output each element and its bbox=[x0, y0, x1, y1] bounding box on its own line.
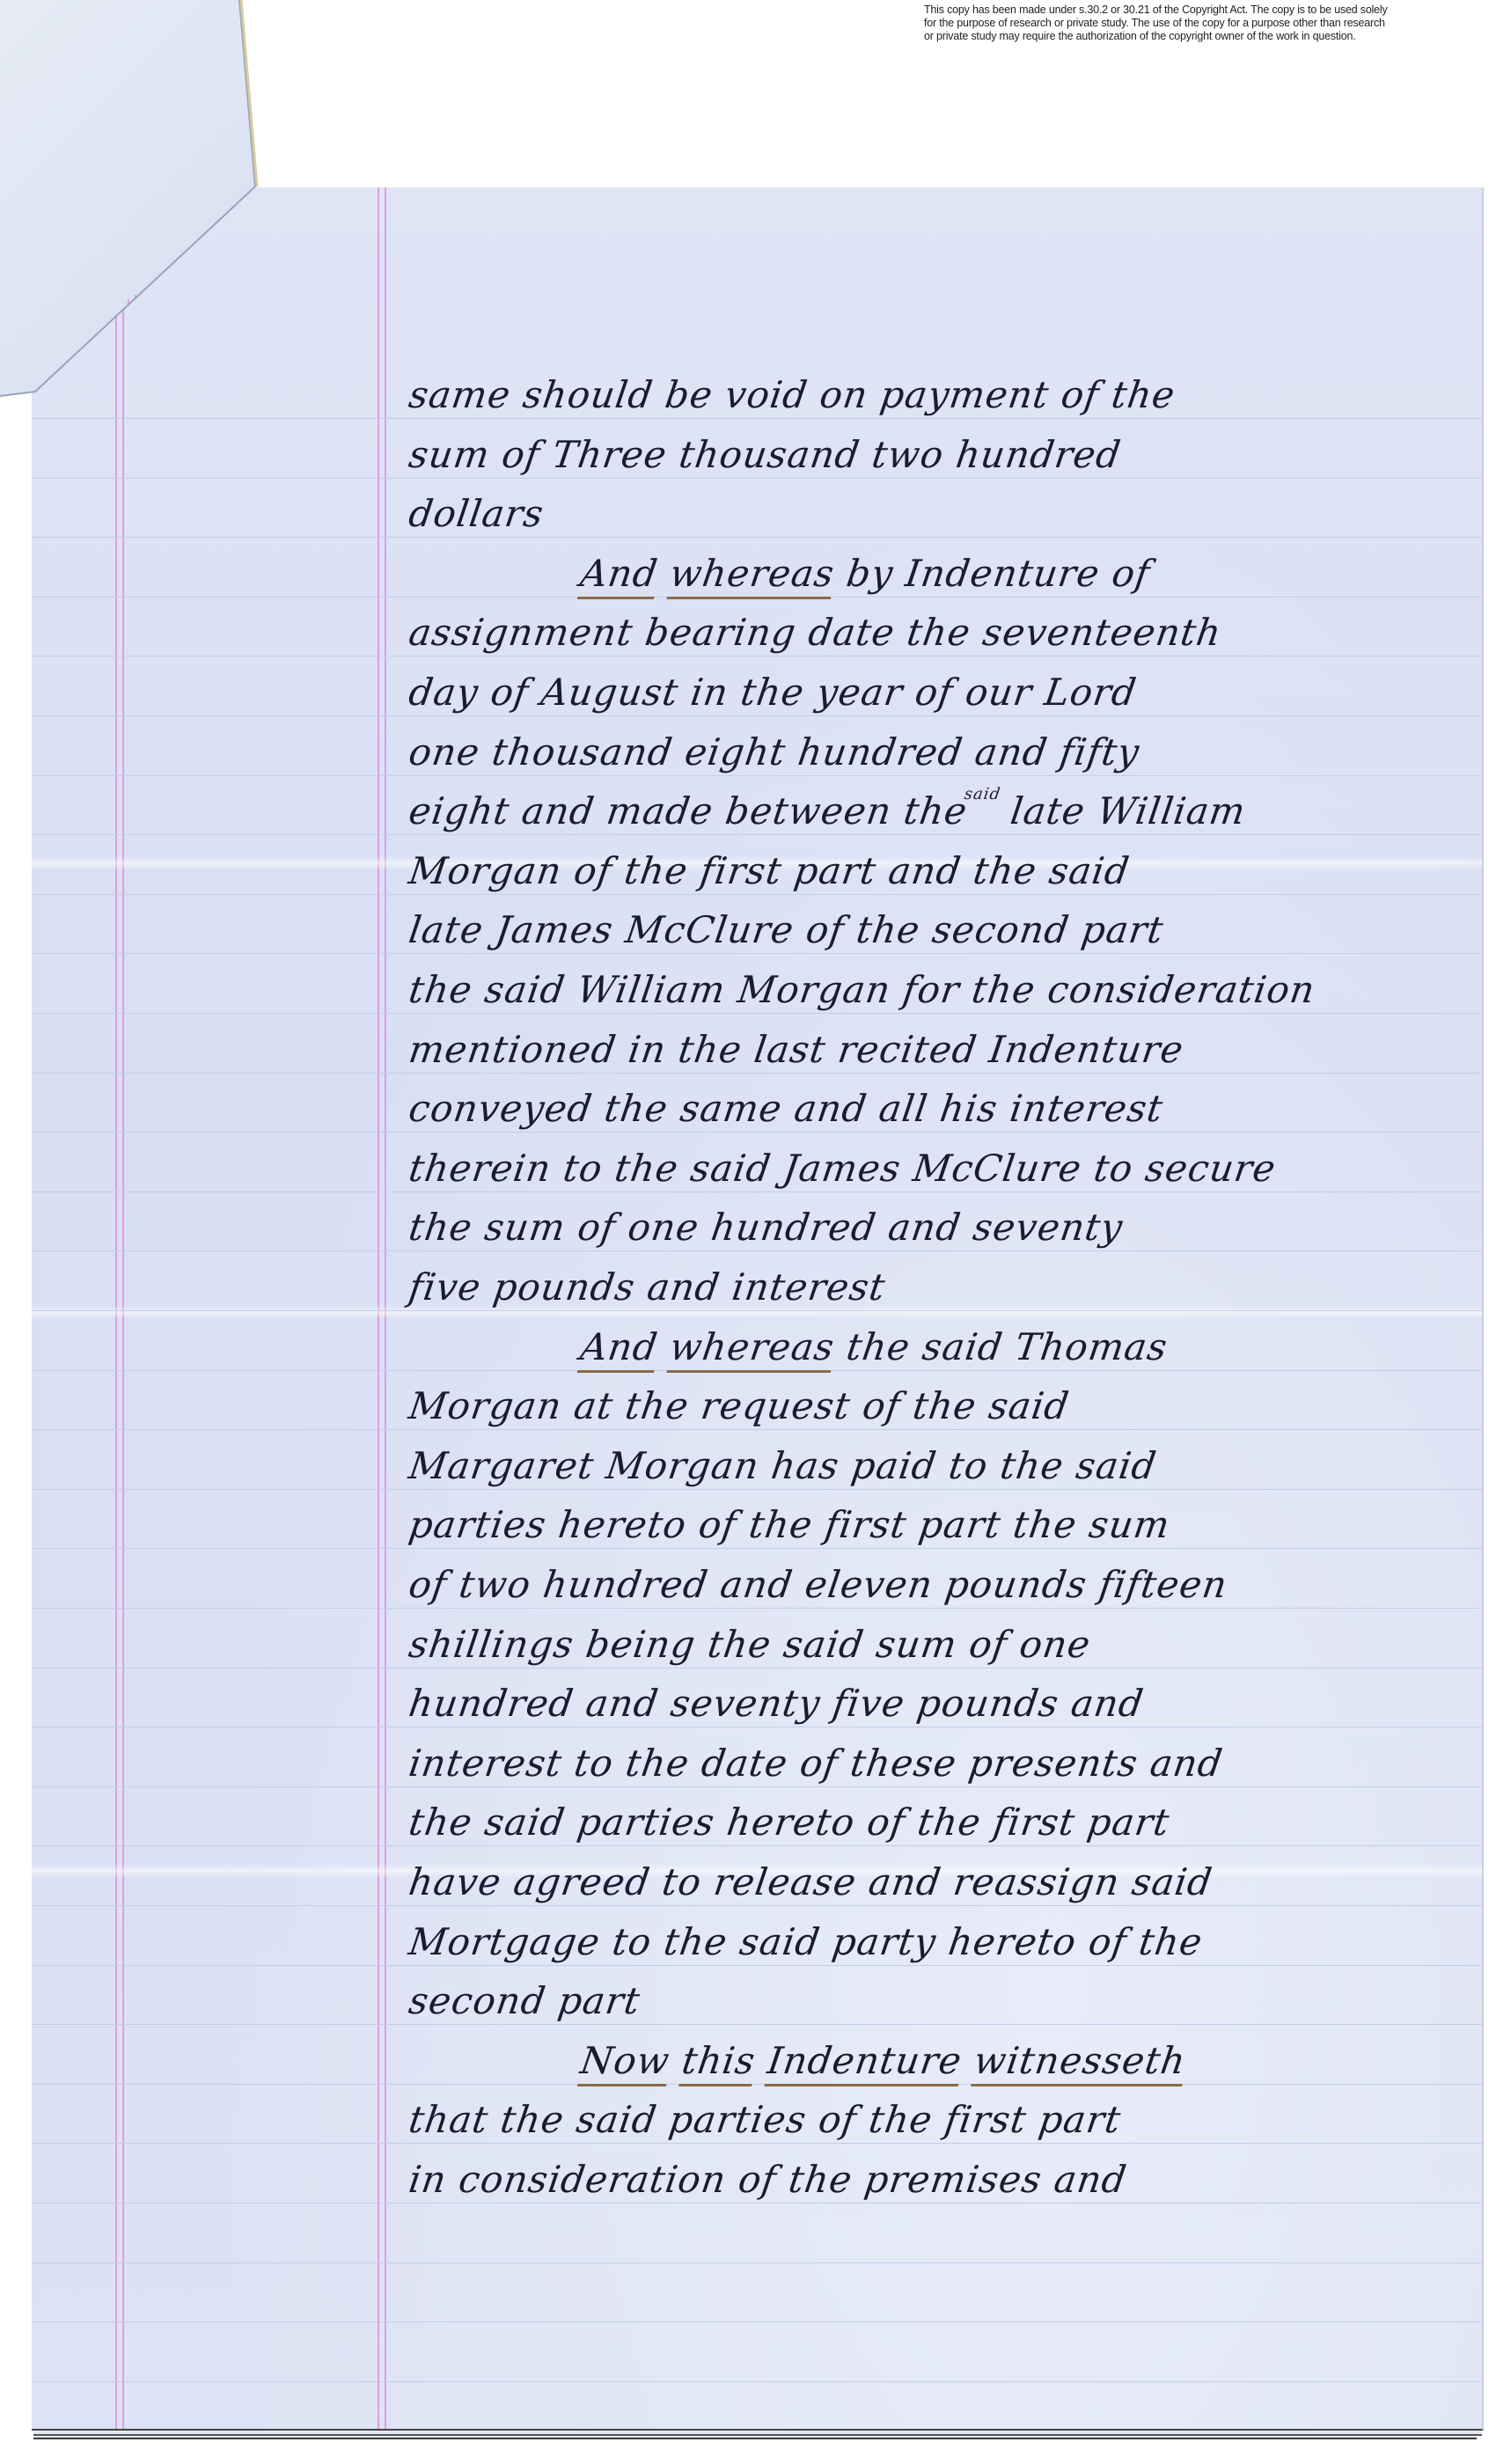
copyright-notice-line: for the purpose of research or private s… bbox=[924, 17, 1487, 30]
underlined-word: And bbox=[578, 552, 661, 595]
handwritten-line: five pounds and interest bbox=[405, 1258, 889, 1316]
handwritten-line: Now this Indenture witnesseth bbox=[576, 2031, 1190, 2090]
underlined-word: Now bbox=[578, 2039, 673, 2082]
handwritten-line: that the said parties of the first part bbox=[405, 2090, 1125, 2149]
handwritten-line: late James McClure of the second part bbox=[405, 900, 1168, 959]
underlined-word: Indenture bbox=[765, 2039, 964, 2082]
inserted-word: said bbox=[963, 785, 1001, 803]
handwritten-line: the said parties hereto of the first par… bbox=[405, 1793, 1173, 1852]
underlined-word: whereas bbox=[667, 1325, 837, 1368]
handwritten-line: eight and made between thesaid late Will… bbox=[405, 781, 1250, 840]
underlined-word: And bbox=[578, 1325, 661, 1368]
handwritten-line: And whereas by Indenture of bbox=[576, 544, 1154, 603]
ruled-line bbox=[32, 2321, 1482, 2322]
handwritten-line: second part bbox=[405, 1971, 644, 2030]
handwritten-line: Margaret Morgan has paid to the said bbox=[405, 1436, 1160, 1495]
handwritten-line: one thousand eight hundred and fifty bbox=[405, 722, 1143, 781]
handwritten-line: interest to the date of these presents a… bbox=[405, 1734, 1227, 1793]
handwritten-line: And whereas the said Thomas bbox=[576, 1317, 1171, 1376]
handwritten-line: same should be void on payment of the bbox=[405, 365, 1179, 424]
underlined-word: this bbox=[679, 2039, 759, 2082]
copyright-notice: This copy has been made under s.30.2 or … bbox=[924, 4, 1487, 43]
handwritten-line: therein to the said James McClure to sec… bbox=[405, 1139, 1280, 1198]
handwritten-line: shillings being the said sum of one bbox=[405, 1615, 1095, 1674]
handwritten-line: the sum of one hundred and seventy bbox=[405, 1198, 1126, 1257]
ruled-line bbox=[32, 2024, 1482, 2025]
handwritten-line: assignment bearing date the seventeenth bbox=[405, 603, 1225, 662]
handwritten-line: dollars bbox=[405, 484, 547, 543]
handwritten-line: mentioned in the last recited Indenture bbox=[405, 1020, 1187, 1079]
handwritten-line: the said William Morgan for the consider… bbox=[405, 960, 1319, 1019]
ruled-line bbox=[32, 537, 1482, 538]
handwritten-line: conveyed the same and all his interest bbox=[405, 1079, 1167, 1138]
handwritten-line: Morgan at the request of the said bbox=[405, 1376, 1073, 1435]
handwritten-line: in consideration of the premises and bbox=[405, 2150, 1131, 2209]
handwritten-line: of two hundred and eleven pounds fifteen bbox=[405, 1555, 1231, 1614]
handwritten-line: day of August in the year of our Lord bbox=[405, 663, 1140, 722]
ruled-line bbox=[32, 2262, 1482, 2263]
handwritten-line: sum of Three thousand two hundred bbox=[405, 425, 1125, 484]
ruled-line bbox=[32, 2381, 1482, 2382]
underlined-word: witnesseth bbox=[972, 2039, 1189, 2082]
copyright-notice-line: This copy has been made under s.30.2 or … bbox=[924, 4, 1487, 17]
handwritten-line: Mortgage to the said party hereto of the bbox=[405, 1912, 1206, 1971]
handwritten-line: hundred and seventy five pounds and bbox=[405, 1674, 1148, 1733]
handwritten-line: Morgan of the first part and the said bbox=[405, 841, 1133, 900]
handwritten-line: have agreed to release and reassign said bbox=[405, 1852, 1216, 1911]
copyright-notice-line: or private study may require the authori… bbox=[924, 30, 1487, 43]
handwritten-line: parties hereto of the first part the sum bbox=[405, 1495, 1174, 1554]
underlined-word: whereas bbox=[667, 552, 837, 595]
